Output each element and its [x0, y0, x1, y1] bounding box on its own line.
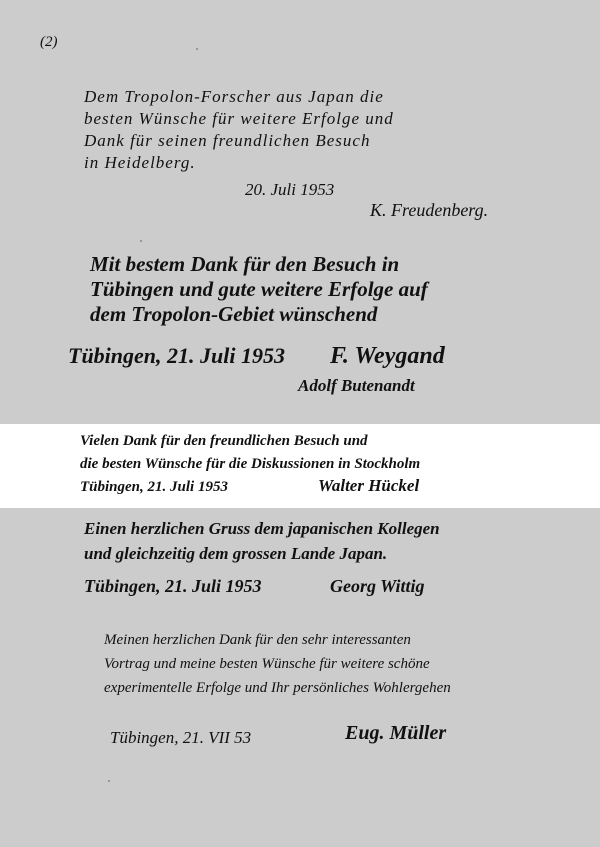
- entry-4-signature: Georg Wittig: [330, 576, 425, 597]
- entry-2-line: Mit bestem Dank für den Besuch in: [90, 252, 428, 277]
- entry-1-line: Dem Tropolon-Forscher aus Japan die: [84, 86, 394, 108]
- scan-speck: [196, 48, 198, 50]
- entry-1-signature: K. Freudenberg.: [370, 200, 488, 221]
- entry-1-line: Dank für seinen freundlichen Besuch: [84, 130, 394, 152]
- entry-1-message: Dem Tropolon-Forscher aus Japan die best…: [84, 86, 394, 174]
- scan-speck: [108, 780, 110, 782]
- entry-4-line: und gleichzeitig dem grossen Lande Japan…: [84, 541, 440, 566]
- entry-4-line: Einen herzlichen Gruss dem japanischen K…: [84, 516, 440, 541]
- entry-2-line: Tübingen und gute weitere Erfolge auf: [90, 277, 428, 302]
- entry-4-message: Einen herzlichen Gruss dem japanischen K…: [84, 516, 440, 566]
- entry-2-line: dem Tropolon-Gebiet wünschend: [90, 302, 428, 327]
- entry-2-message: Mit bestem Dank für den Besuch in Tübing…: [90, 252, 428, 327]
- entry-2-place-date: Tübingen, 21. Juli 1953: [68, 343, 285, 369]
- entry-5-line: Meinen herzlichen Dank für den sehr inte…: [104, 628, 451, 652]
- entry-3-line: Vielen Dank für den freundlichen Besuch …: [80, 430, 420, 453]
- entry-5-message: Meinen herzlichen Dank für den sehr inte…: [104, 628, 451, 700]
- entry-1-line: besten Wünsche für weitere Erfolge und: [84, 108, 394, 130]
- entry-2-signature-2: Adolf Butenandt: [298, 376, 415, 396]
- page-number: (2): [40, 34, 58, 51]
- entry-5-line: Vortrag und meine besten Wünsche für wei…: [104, 652, 451, 676]
- entry-2-signature: F. Weygand: [330, 343, 445, 370]
- entry-5-place-date: Tübingen, 21. VII 53: [110, 728, 251, 748]
- entry-1-date: 20. Juli 1953: [245, 180, 334, 200]
- entry-3-line: die besten Wünsche für die Diskussionen …: [80, 453, 420, 476]
- entry-3-signature: Walter Hückel: [318, 476, 419, 496]
- scan-speck: [140, 240, 142, 242]
- entry-5-line: experimentelle Erfolge und Ihr persönlic…: [104, 676, 451, 700]
- entry-1-line: in Heidelberg.: [84, 152, 394, 174]
- entry-5-signature: Eug. Müller: [345, 722, 446, 745]
- entry-4-place-date: Tübingen, 21. Juli 1953: [84, 576, 262, 597]
